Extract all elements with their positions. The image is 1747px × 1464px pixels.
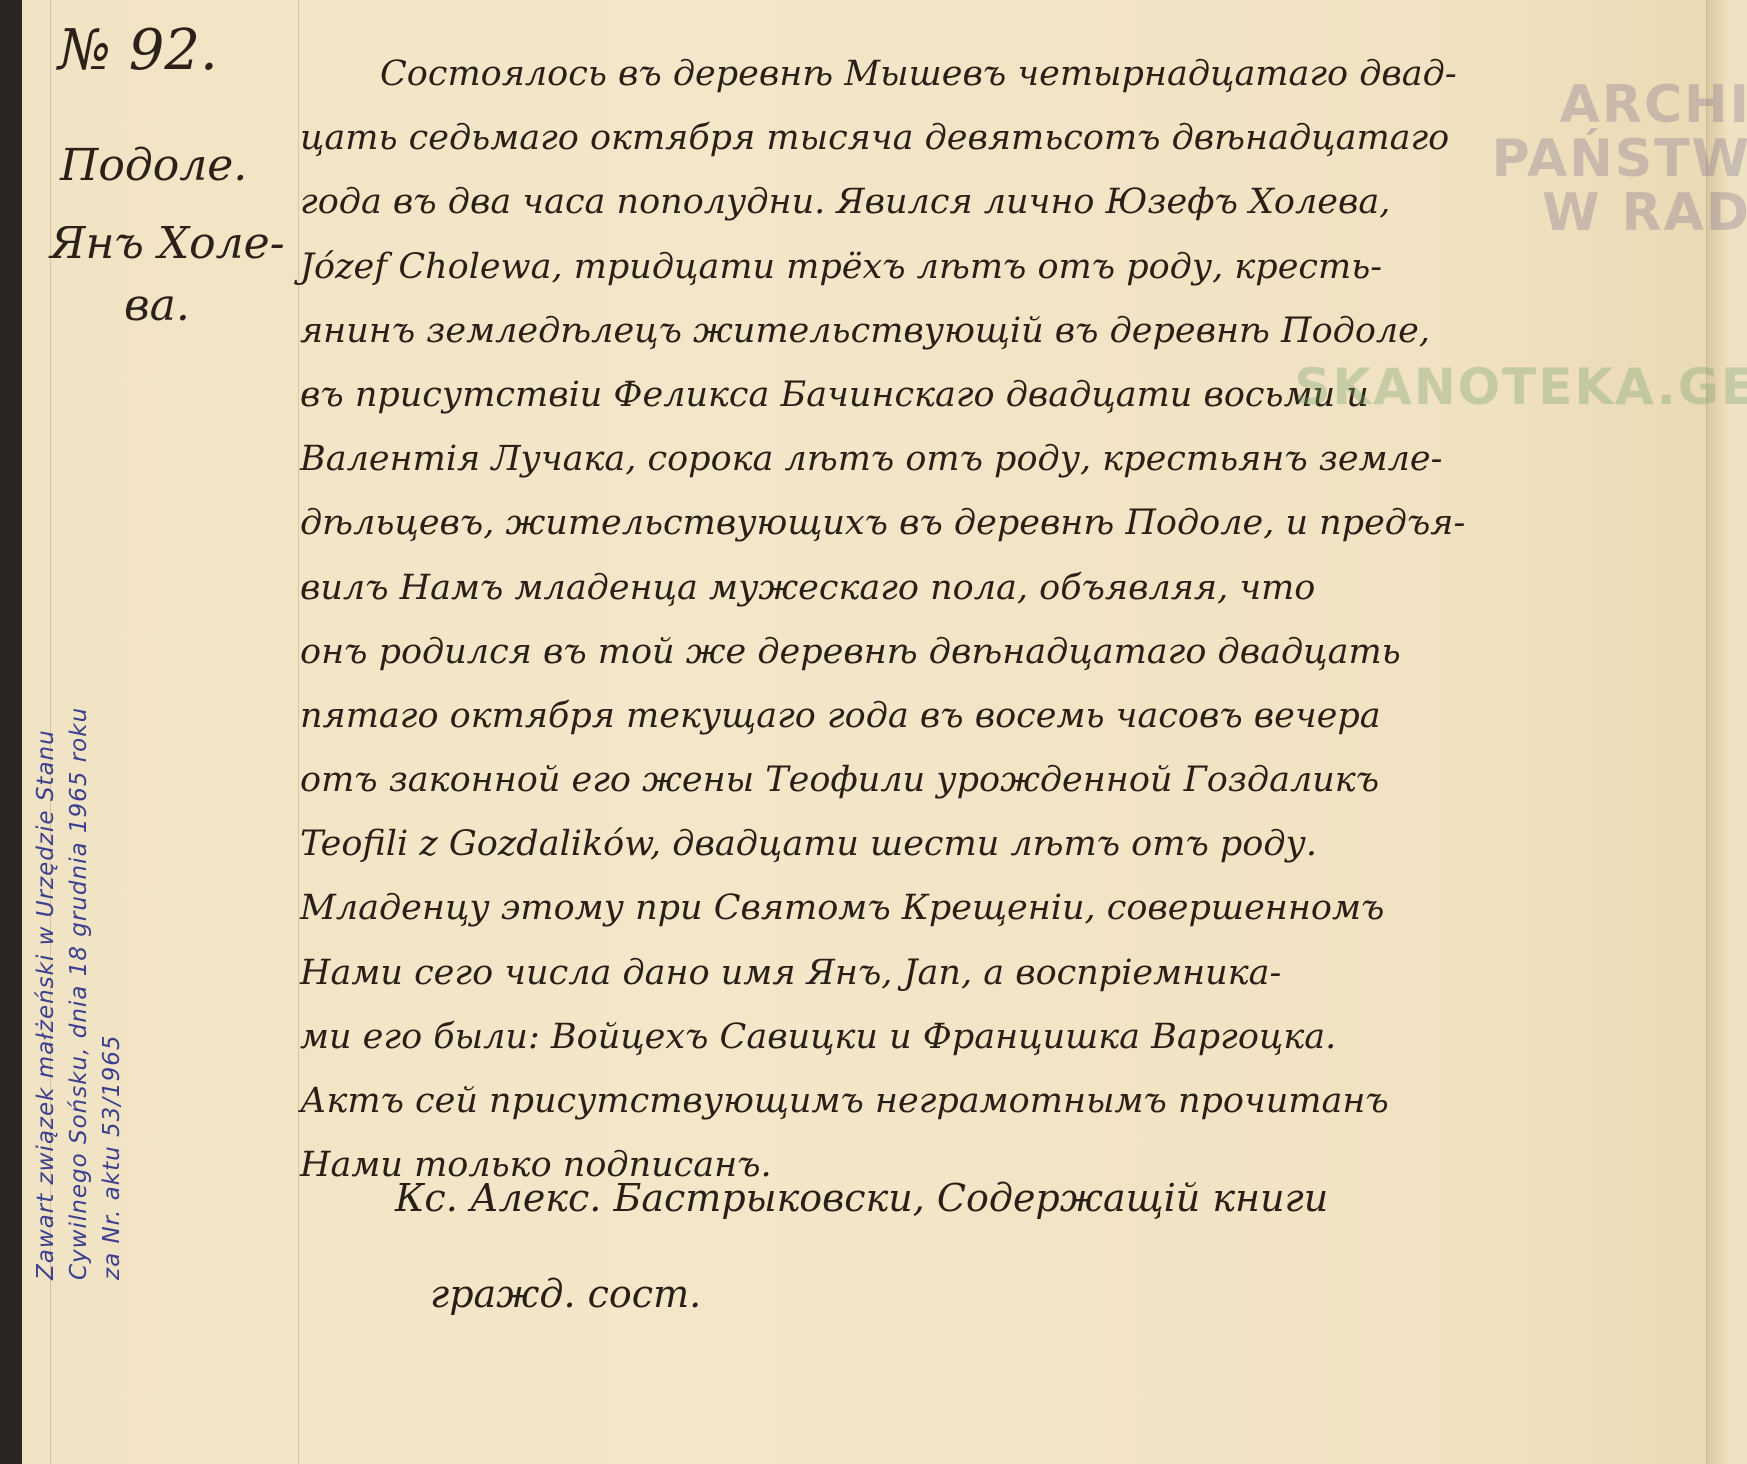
annotation-line: Zawart związek małżeński w Urzędzie Stan… [30,707,63,1280]
body-line: отъ законной его жены Теофили урожденной… [300,748,1690,812]
body-line: цать седьмаго октября тысяча девятьсотъ … [300,106,1690,170]
body-line: пятаго октября текущаго года въ восемь ч… [300,684,1690,748]
body-line: дѣльцевъ, жительствующихъ въ деревнѣ Под… [300,491,1690,555]
body-line: Józef Cholewa, тридцати трёхъ лѣтъ отъ р… [300,235,1690,299]
marriage-annotation: Zawart związek małżeński w Urzędzie Stan… [30,707,129,1280]
body-line: ми его были: Войцехъ Савицки и Францишка… [300,1005,1690,1069]
page-edge [1706,0,1727,1464]
annotation-line: Cywilnego Sońsku, dnia 18 grudnia 1965 r… [63,707,96,1280]
signature-line-1: Кс. Алекс. Бастрыковски, Содержащій книг… [395,1150,1328,1246]
body-line: въ присутствіи Феликса Бачинскаго двадца… [300,363,1690,427]
margin-divider [298,0,299,1464]
record-body: Состоялось въ деревнѣ Мышевъ четырнадцат… [300,42,1690,1197]
body-line: года въ два часа пополудни. Явился лично… [300,170,1690,234]
margin-name-line-2: ва. [124,280,190,331]
body-line: Младенцу этому при Святомъ Крещеніи, сов… [300,876,1690,940]
book-binding [0,0,22,1464]
signature-line-2: гражд. сост. [395,1246,1328,1342]
registrar-signature: Кс. Алекс. Бастрыковски, Содержащій книг… [395,1150,1328,1342]
body-line: Актъ сей присутствующимъ неграмотнымъ пр… [300,1069,1690,1133]
body-line: Валентія Лучака, сорока лѣтъ отъ роду, к… [300,427,1690,491]
act-number: № 92. [58,18,218,83]
body-line: Состоялось въ деревнѣ Мышевъ четырнадцат… [300,42,1690,106]
margin-village: Подоле. [60,140,247,191]
body-line: Нами сего числа дано имя Янъ, Jan, а вос… [300,941,1690,1005]
body-line: Teofili z Gozdalików, двадцати шести лѣт… [300,812,1690,876]
margin-name-line-1: Янъ Холе- [50,218,285,269]
body-line: онъ родился въ той же деревнѣ двѣнадцата… [300,620,1690,684]
body-line: янинъ земледѣлецъ жительствующій въ дере… [300,299,1690,363]
body-line: вилъ Намъ младенца мужескаго пола, объяв… [300,556,1690,620]
annotation-line: za Nr. aktu 53/1965 [96,707,129,1280]
